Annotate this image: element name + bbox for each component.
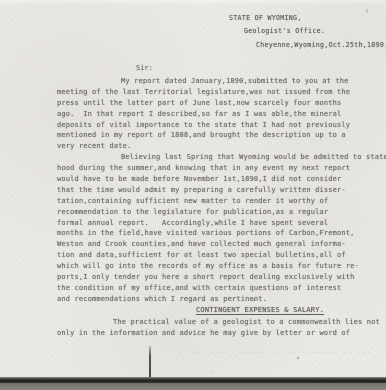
typed-line: The practical value of a geologist to a … bbox=[57, 317, 362, 328]
typed-line: meeting of the last Territorial legislat… bbox=[57, 87, 362, 98]
paper-speck bbox=[212, 371, 214, 372]
typed-line: mentioned in my report of 1888,and broug… bbox=[57, 130, 362, 141]
letterhead-state-line: STATE OF WYOMING, bbox=[229, 14, 302, 22]
faded-cutoff-text-line: - --- ---- ------ -- ----------- -- --- … bbox=[178, 349, 368, 356]
scan-edge-gray-strip bbox=[0, 383, 386, 390]
typed-line: tation,containing sufficient new matter … bbox=[57, 196, 362, 207]
typed-line: which will go into the records of my off… bbox=[57, 261, 362, 272]
typed-line: ports,I only tender you here a short rep… bbox=[57, 272, 362, 283]
typed-line: that the time would admit my preparing a… bbox=[57, 185, 362, 196]
typed-line: would have to be made before November 1s… bbox=[57, 174, 362, 185]
typed-line: press until the latter part of June last… bbox=[57, 98, 362, 109]
typed-line: very recent date. bbox=[57, 141, 362, 152]
typed-line: months in the field,have visited various… bbox=[57, 228, 362, 239]
typed-line: Believing last Spring that Wyoming would… bbox=[57, 152, 362, 163]
letterhead-dateline: Cheyenne,Wyoming,Oct.25th,1890. bbox=[256, 41, 386, 49]
typed-line: formal annual report. Accordingly,while … bbox=[57, 218, 362, 229]
typed-line: recommendation to the legislature for pu… bbox=[57, 207, 362, 218]
typed-line: and recommendations which I regard as pe… bbox=[57, 294, 362, 305]
paper-speck bbox=[297, 357, 299, 359]
scan-artifact-vertical-line bbox=[149, 346, 151, 378]
typed-line: My report dated January,1890,submitted t… bbox=[57, 76, 362, 87]
typed-line: Weston and Crook counties,and have colle… bbox=[57, 239, 362, 250]
typed-line: tion and data,sufficient for at least tw… bbox=[57, 250, 362, 261]
typed-line: ago. In that report I described,so far a… bbox=[57, 109, 362, 120]
paragraph-2: Believing last Spring that Wyoming would… bbox=[57, 152, 362, 304]
paper-speck bbox=[366, 9, 368, 13]
section-heading: CONTINGENT EXPENSES & SALARY. bbox=[196, 306, 324, 314]
paragraph-3: The practical value of a geologist to a … bbox=[57, 317, 362, 339]
typed-line: only in the information and advice he ma… bbox=[57, 328, 362, 339]
typed-line: the condition of my office,and with cert… bbox=[57, 283, 362, 294]
salutation: Sir: bbox=[136, 64, 153, 72]
typed-line: deposits of vital importance to the stat… bbox=[57, 120, 362, 131]
letterhead-office-line: Geologist's Office. bbox=[244, 27, 325, 35]
typed-line: hood during the summer,and knowing that … bbox=[57, 163, 362, 174]
paper-speck bbox=[253, 299, 255, 301]
paragraph-1: My report dated January,1890,submitted t… bbox=[57, 76, 362, 152]
scanned-letter-page: STATE OF WYOMING, Geologist's Office. Ch… bbox=[0, 0, 386, 390]
letter-body: My report dated January,1890,submitted t… bbox=[57, 76, 362, 305]
